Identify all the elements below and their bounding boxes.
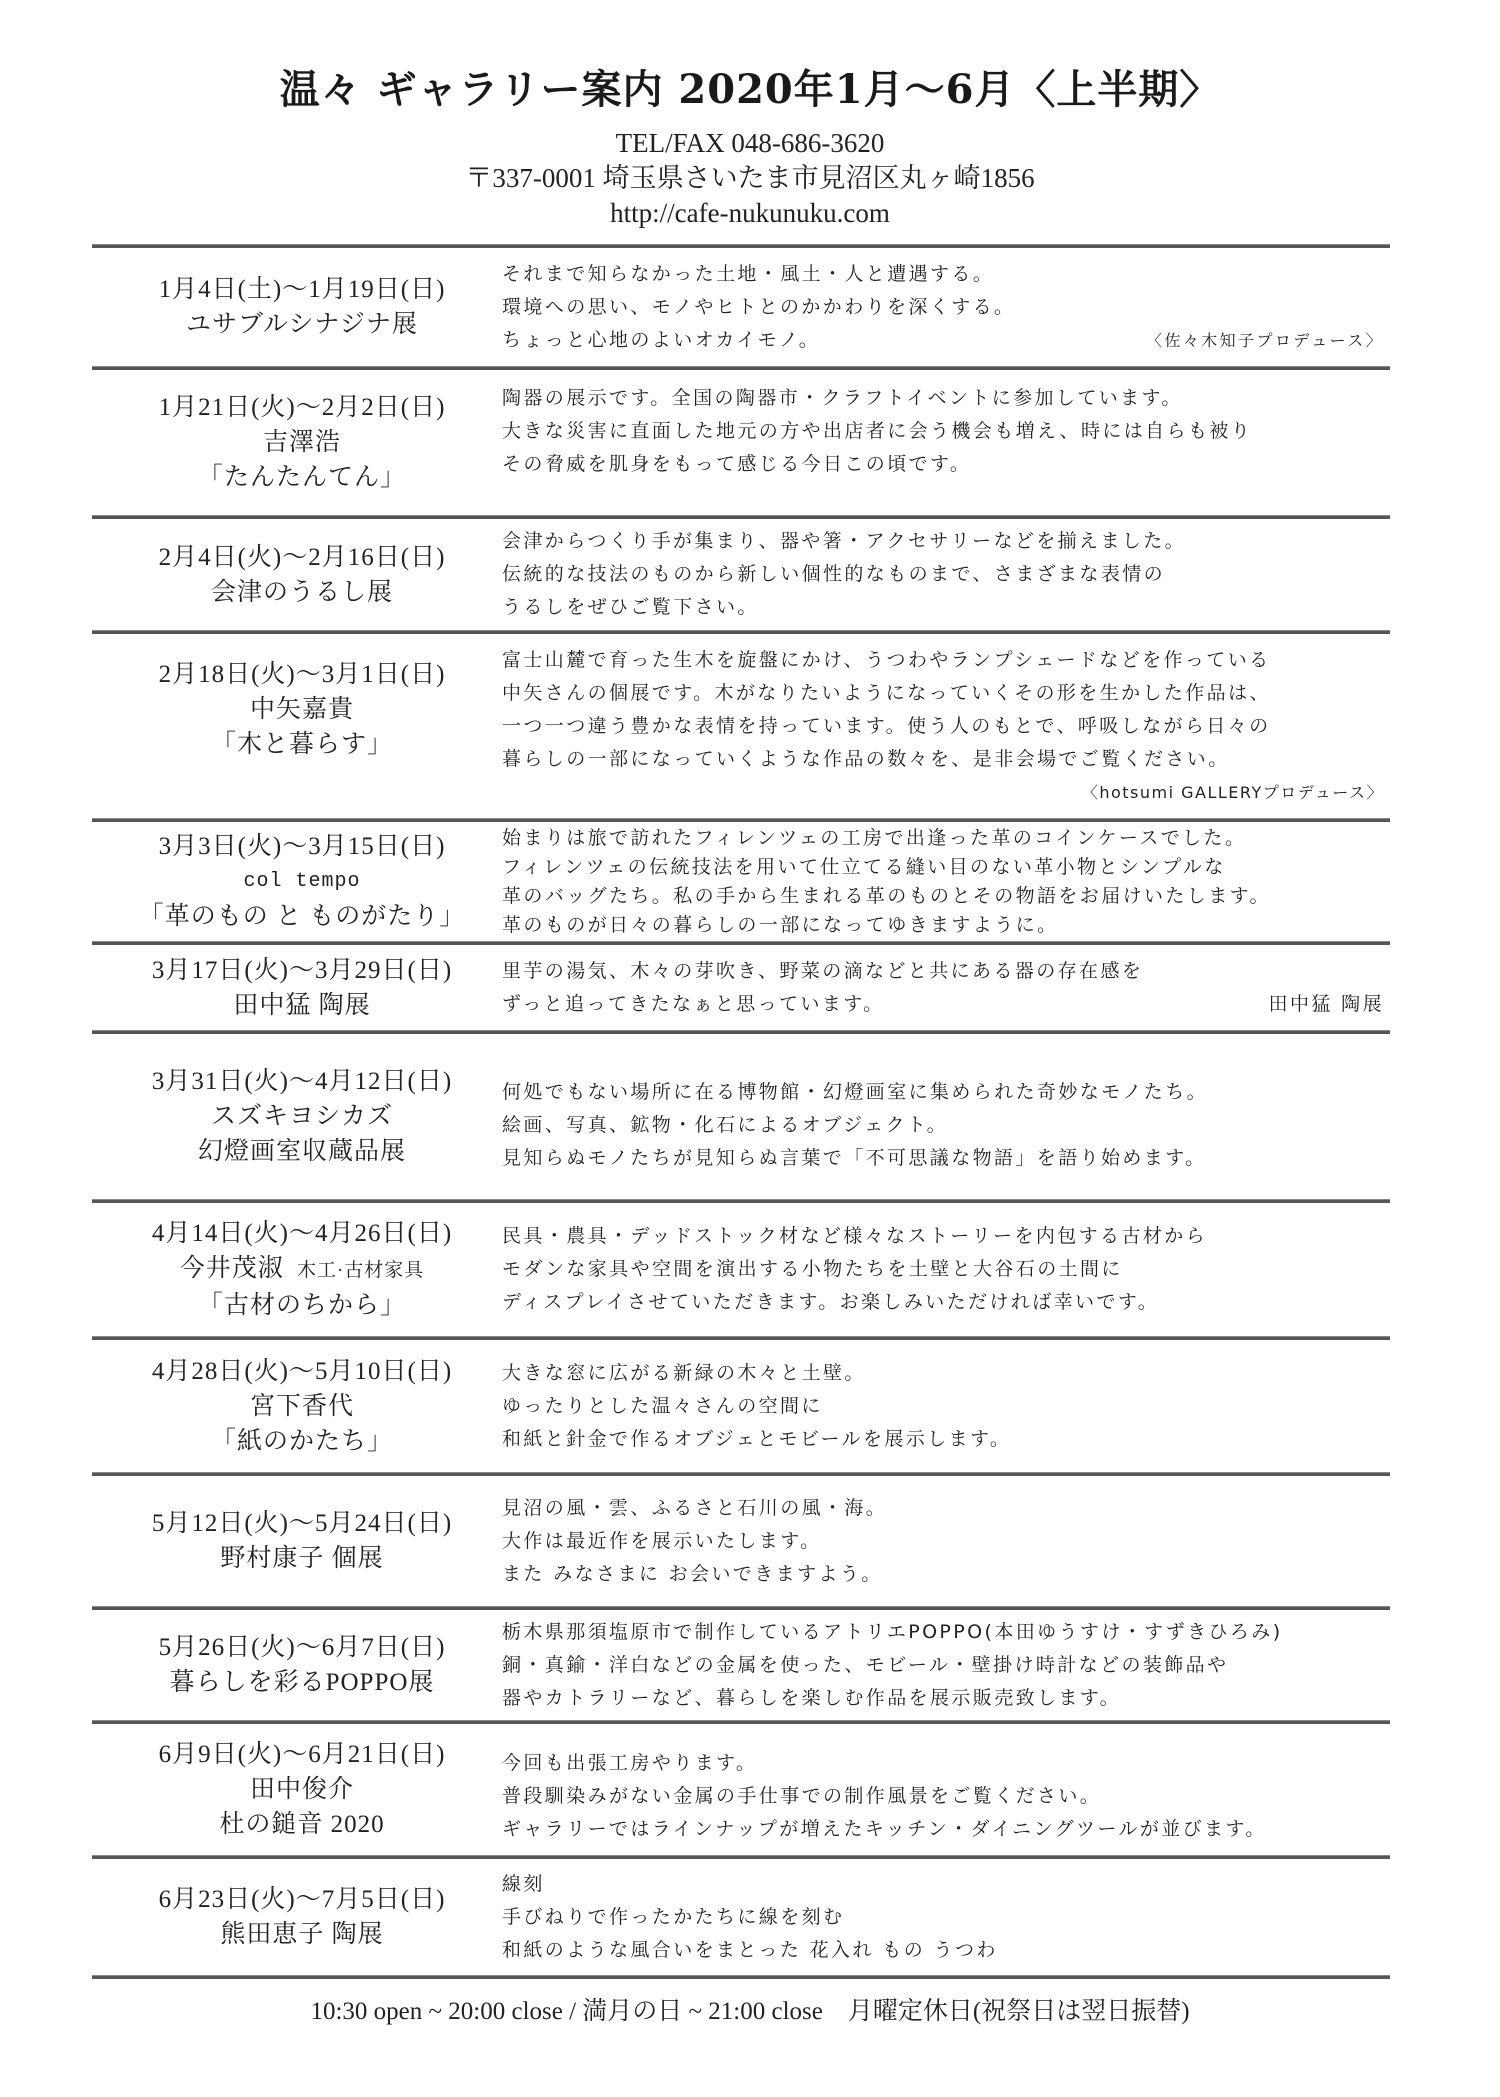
artist-name: 今井茂淑 [180,1255,284,1282]
exhibition-dates: 6月9日(火)～6月21日(日) [92,1737,512,1772]
exhibition-dates: 3月3日(火)～3月15日(日) [92,829,512,864]
description-line: 和紙と針金で作るオブジェとモビールを展示します。 [502,1423,1390,1456]
description-line: 始まりは旅で訪れたフィレンツェの工房で出逢った革のコインケースでした。 [502,824,1390,853]
exhibition-dates: 4月14日(火)～4月26日(日) [92,1216,512,1251]
description-line: 革のものが日々の暮らしの一部になってゆきますように。 [502,911,1390,940]
exhibition-dates: 5月26日(火)～6月7日(日) [92,1630,512,1665]
exhibition-row: 2月4日(火)～2月16日(日) 会津のうるし展 会津からつくり手が集まり、器や… [92,519,1390,630]
exhibition-dates: 4月28日(火)～5月10日(日) [92,1354,512,1389]
description-line: 栃木県那須塩原市で制作しているアトリエPOPPO(本田ゆうすけ・すずきひろみ) [502,1616,1390,1649]
exhibition-dates: 3月17日(火)～3月29日(日) [92,953,512,988]
exhibition-title: ユサブルシナジナ展 [92,307,512,342]
description-line: 絵画、写真、鉱物・化石によるオブジェクト。 [502,1109,1390,1142]
exhibition-dates: 1月4日(土)～1月19日(日) [92,272,512,307]
description-line: 見沼の風・雲、ふるさと石川の風・海。 [502,1492,1390,1525]
artist-name: 宮下香代 [92,1389,512,1424]
description-line: その脅威を肌身をもって感じる今日この頃です。 [502,448,1390,481]
exhibition-row: 1月21日(火)～2月2日(日) 吉澤浩 「たんたんてん」 陶器の展示です。全国… [92,370,1390,515]
divider [92,1975,1390,1979]
exhibition-title: 杜の鎚音 2020 [92,1807,512,1842]
exhibition-row: 4月28日(火)～5月10日(日) 宮下香代 「紙のかたち」 大きな窓に広がる新… [92,1340,1390,1472]
exhibition-title: 幻燈画室収蔵品展 [92,1134,512,1169]
artist-name: 吉澤浩 [92,425,512,460]
description-text: ちょっと心地のよいオカイモノ。 [502,329,820,351]
producer-credit: 〈hotsumi GALLERYプロデュース〉 [502,776,1390,809]
exhibition-row: 3月3日(火)～3月15日(日) col tempo 「革のもの と ものがたり… [92,822,1390,941]
exhibition-row: 4月14日(火)～4月26日(日) 今井茂淑 木工·古材家具 「古材のちから」 … [92,1203,1390,1336]
exhibition-dates: 1月21日(火)～2月2日(日) [92,390,512,425]
description-line: 中矢さんの個展です。木がなりたいようになっていくその形を生かした作品は、 [502,677,1390,710]
exhibition-row: 6月9日(火)～6月21日(日) 田中俊介 杜の鎚音 2020 今回も出張工房や… [92,1724,1390,1855]
exhibition-row: 6月23日(火)～7月5日(日) 熊田恵子 陶展 線刻 手びねりで作ったかたちに… [92,1859,1390,1975]
address: 〒337-0001 埼玉県さいたま市見沼区丸ヶ崎1856 [0,162,1500,194]
exhibition-row: 3月17日(火)～3月29日(日) 田中猛 陶展 里芋の湯気、木々の芽吹き、野菜… [92,945,1390,1030]
exhibition-title: 「紙のかたち」 [92,1424,512,1459]
exhibition-title: 会津のうるし展 [92,575,512,610]
exhibition-dates: 2月18日(火)～3月1日(日) [92,657,512,692]
exhibition-title: 田中猛 陶展 [92,988,512,1023]
opening-hours: 10:30 open ~ 20:00 close / 満月の日 ~ 21:00 … [0,1995,1500,2029]
description-text: ずっと追ってきたなぁと思っています。 [502,993,885,1015]
description-line: ずっと追ってきたなぁと思っています。 田中猛 陶展 [502,988,1390,1021]
exhibition-title: 「木と暮らす」 [92,727,512,762]
description-line: 銅・真鍮・洋白などの金属を使った、モビール・壁掛け時計などの装飾品や [502,1649,1390,1682]
description-line: 里芋の湯気、木々の芽吹き、野菜の滴などと共にある器の存在感を [502,955,1390,988]
description-line: 器やカトラリーなど、暮らしを楽しむ作品を展示販売致します。 [502,1682,1390,1715]
description-line: ちょっと心地のよいオカイモノ。 〈佐々木知子プロデュース〉 [502,324,1390,357]
description-line: ギャラリーではラインナップが増えたキッチン・ダイニングツールが並びます。 [502,1813,1390,1846]
exhibition-row: 3月31日(火)～4月12日(日) スズキヨシカズ 幻燈画室収蔵品展 何処でもな… [92,1034,1390,1199]
exhibition-row: 1月4日(土)～1月19日(日) ユサブルシナジナ展 それまで知らなかった土地・… [92,248,1390,366]
artist-name: 田中俊介 [92,1772,512,1807]
description-line: 大作は最近作を展示いたします。 [502,1525,1390,1558]
artist-subtitle: 木工·古材家具 [297,1260,424,1281]
exhibition-title: 「革のもの と ものがたり」 [92,899,512,934]
artist-credit: 田中猛 陶展 [1269,988,1384,1021]
description-line: 陶器の展示です。全国の陶器市・クラフトイベントに参加しています。 [502,382,1390,415]
description-line: また みなさまに お会いできますよう。 [502,1558,1390,1591]
exhibition-title: 野村康子 個展 [92,1541,512,1576]
artist-line: 今井茂淑 木工·古材家具 [92,1251,512,1288]
description-line: 見知らぬモノたちが見知らぬ言葉で「不可思議な物語」を語り始めます。 [502,1142,1390,1175]
exhibition-row: 5月12日(火)～5月24日(日) 野村康子 個展 見沼の風・雲、ふるさと石川の… [92,1476,1390,1606]
tel-fax: TEL/FAX 048-686-3620 [0,127,1500,159]
description-line: フィレンツェの伝統技法を用いて仕立てる縫い目のない革小物とシンプルな [502,853,1390,882]
exhibition-title: 暮らしを彩るPOPPO展 [92,1665,512,1700]
exhibition-dates: 2月4日(火)～2月16日(日) [92,540,512,575]
description-line: 富士山麓で育った生木を旋盤にかけ、うつわやランプシェードなどを作っている [502,644,1390,677]
description-line: 民具・農具・デッドストック材など様々なストーリーを内包する古材から [502,1220,1390,1253]
exhibition-dates: 5月12日(火)～5月24日(日) [92,1506,512,1541]
website-url[interactable]: http://cafe-nukunuku.com [0,197,1500,229]
description-line: 暮らしの一部になっていくような作品の数々を、是非会場でご覧ください。 [502,743,1390,776]
description-line: 伝統的な技法のものから新しい個性的なものまで、さまざまな表情の [502,558,1390,591]
description-line: 何処でもない場所に在る博物館・幻燈画室に集められた奇妙なモノたち。 [502,1076,1390,1109]
description-line: 革のバッグたち。私の手から生まれる革のものとその物語をお届けいたします。 [502,882,1390,911]
artist-name: スズキヨシカズ [92,1099,512,1134]
producer-credit: 〈佐々木知子プロデュース〉 [1146,324,1384,357]
description-line: 手びねりで作ったかたちに線を刻む [502,1901,1390,1934]
description-line: 大きな窓に広がる新緑の木々と土壁。 [502,1357,1390,1390]
exhibition-row: 5月26日(火)～6月7日(日) 暮らしを彩るPOPPO展 栃木県那須塩原市で制… [92,1610,1390,1720]
description-line: 線刻 [502,1868,1390,1901]
exhibition-title: 「古材のちから」 [92,1288,512,1323]
exhibition-dates: 6月23日(火)～7月5日(日) [92,1882,512,1917]
description-line: 普段馴染みがない金属の手仕事での制作風景をご覧ください。 [502,1780,1390,1813]
description-line: ディスプレイさせていただきます。お楽しみいただければ幸いです。 [502,1286,1390,1319]
description-line: それまで知らなかった土地・風土・人と遭遇する。 [502,258,1390,291]
exhibition-row: 2月18日(火)～3月1日(日) 中矢嘉貴 「木と暮らす」 富士山麓で育った生木… [92,634,1390,818]
description-line: 今回も出張工房やります。 [502,1747,1390,1780]
exhibition-dates: 3月31日(火)～4月12日(日) [92,1064,512,1099]
artist-name: col tempo [92,864,512,899]
exhibition-title: 熊田恵子 陶展 [92,1917,512,1952]
page-title: 温々 ギャラリー案内 2020年1月～6月〈上半期〉 [0,62,1500,118]
exhibition-title: 「たんたんてん」 [92,460,512,495]
description-line: 大きな災害に直面した地元の方や出店者に会う機会も増え、時には自らも被り [502,415,1390,448]
artist-name: 中矢嘉貴 [92,692,512,727]
description-line: モダンな家具や空間を演出する小物たちを土壁と大谷石の土間に [502,1253,1390,1286]
description-line: 環境への思い、モノやヒトとのかかわりを深くする。 [502,291,1390,324]
description-line: 会津からつくり手が集まり、器や箸・アクセサリーなどを揃えました。 [502,525,1390,558]
description-line: うるしをぜひご覧下さい。 [502,591,1390,624]
description-line: 一つ一つ違う豊かな表情を持っています。使う人のもとで、呼吸しながら日々の [502,710,1390,743]
description-line: ゆったりとした温々さんの空間に [502,1390,1390,1423]
description-line: 和紙のような風合いをまとった 花入れ もの うつわ [502,1934,1390,1967]
